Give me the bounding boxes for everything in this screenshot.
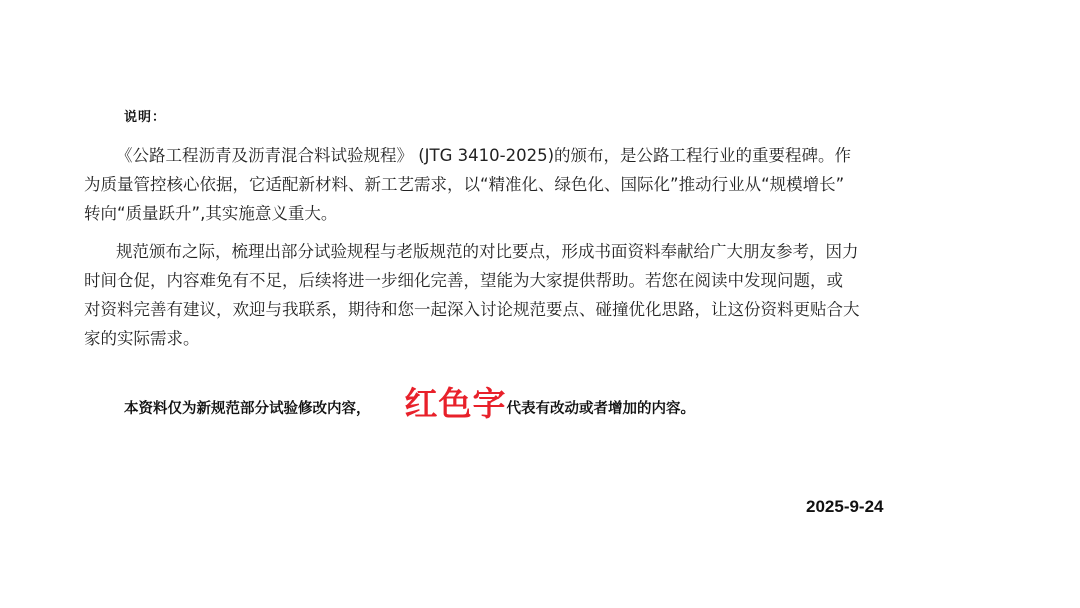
paragraph-line: 《公路工程沥青及沥青混合料试验规程》 (JTG 3410-2025)的颁布，是公…: [84, 141, 984, 170]
note-lead-text: 本资料仅为新规范部分试验修改内容，: [124, 397, 371, 422]
paragraph-line: 转向“质量跃升”,其实施意义重大。: [84, 199, 984, 228]
document-page: 说明： 《公路工程沥青及沥青混合料试验规程》 (JTG 3410-2025)的颁…: [0, 0, 1080, 608]
section-heading: 说明：: [124, 106, 166, 125]
red-text-legend: 红色字: [405, 386, 507, 422]
legend-note: 本资料仅为新规范部分试验修改内容， 红色字 代表有改动或者增加的内容。: [124, 386, 695, 422]
paragraph-line: 对资料完善有建议，欢迎与我联系，期待和您一起深入讨论规范要点、碰撞优化思路，让这…: [84, 295, 984, 324]
purpose-paragraph: 规范颁布之际，梳理出部分试验规程与老版规范的对比要点，形成书面资料奉献给广大朋友…: [84, 237, 984, 353]
paragraph-line: 家的实际需求。: [84, 324, 984, 353]
paragraph-line: 规范颁布之际，梳理出部分试验规程与老版规范的对比要点，形成书面资料奉献给广大朋友…: [84, 237, 984, 266]
note-tail-text: 代表有改动或者增加的内容。: [507, 397, 696, 422]
paragraph-line: 时间仓促，内容难免有不足，后续将进一步细化完善，望能为大家提供帮助。若您在阅读中…: [84, 266, 984, 295]
paragraph-line: 为质量管控核心依据，它适配新材料、新工艺需求，以“精准化、绿色化、国际化”推动行…: [84, 170, 984, 199]
document-date: 2025-9-24: [806, 497, 884, 517]
intro-paragraph: 《公路工程沥青及沥青混合料试验规程》 (JTG 3410-2025)的颁布，是公…: [84, 141, 984, 228]
